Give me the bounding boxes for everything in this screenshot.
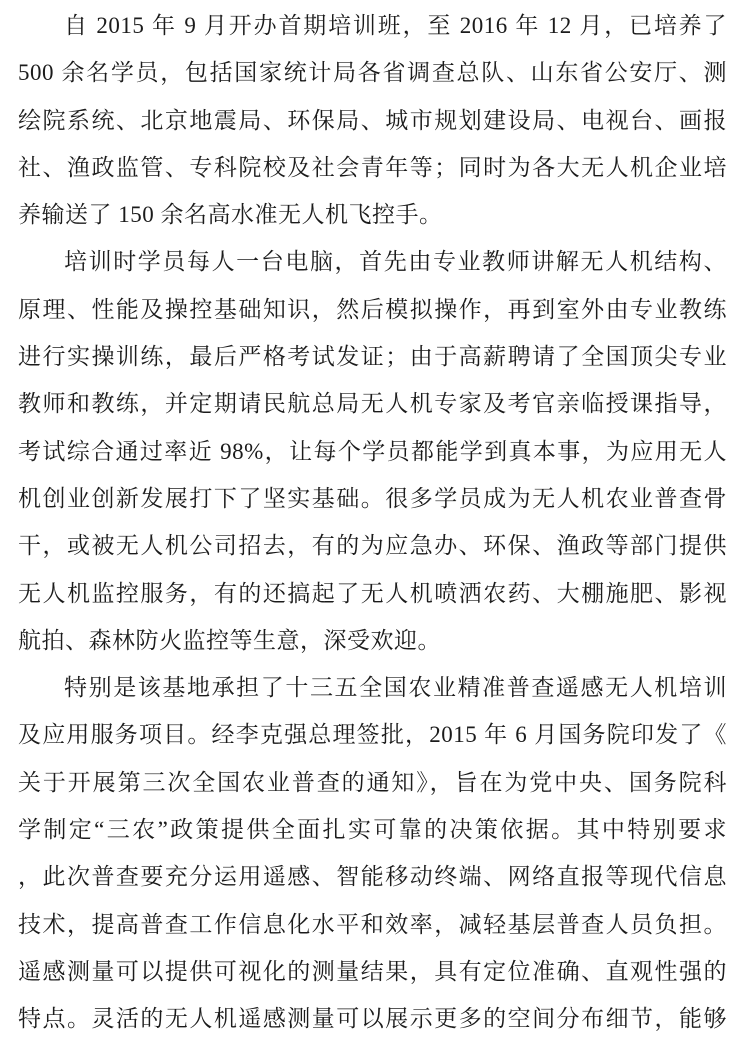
text-line: 遥感测量可以提供可视化的测量结果，具有定位准确、直观性强的 bbox=[18, 948, 727, 995]
text-line: 干，或被无人机公司招去，有的为应急办、环保、渔政等部门提供 bbox=[18, 522, 727, 569]
text-line: 教师和教练，并定期请民航总局无人机专家及考官亲临授课指导， bbox=[18, 380, 727, 427]
text-line: 技术，提高普查工作信息化水平和效率，减轻基层普查人员负担。 bbox=[18, 901, 727, 948]
text-line: 机创业创新发展打下了坚实基础。很多学员成为无人机农业普查骨 bbox=[18, 475, 727, 522]
text-line: 原理、性能及操控基础知识，然后模拟操作，再到室外由专业教练 bbox=[18, 286, 727, 333]
text-line: 特别是该基地承担了十三五全国农业精准普查遥感无人机培训 bbox=[18, 664, 727, 711]
text-line: 社、渔政监管、专科院校及社会青年等；同时为各大无人机企业培 bbox=[18, 144, 727, 191]
text-line: 及应用服务项目。经李克强总理签批，2015 年 6 月国务院印发了《 bbox=[18, 711, 727, 758]
text-line: ，此次普查要充分运用遥感、智能移动终端、网络直报等现代信息 bbox=[18, 853, 727, 900]
text-line: 航拍、森林防火监控等生意，深受欢迎。 bbox=[18, 617, 727, 664]
text-line: 学制定“三农”政策提供全面扎实可靠的决策依据。其中特别要求 bbox=[18, 806, 727, 853]
paragraph-training-process: 培训时学员每人一台电脑，首先由专业教师讲解无人机结构、 原理、性能及操控基础知识… bbox=[18, 238, 727, 664]
text-line: 特点。灵活的无人机遥感测量可以展示更多的空间分布细节，能够 bbox=[18, 995, 727, 1042]
text-line: 养输送了 150 余名高水准无人机飞控手。 bbox=[18, 191, 727, 238]
text-line: 自 2015 年 9 月开办首期培训班，至 2016 年 12 月，已培养了 bbox=[18, 2, 727, 49]
paragraph-training-overview: 自 2015 年 9 月开办首期培训班，至 2016 年 12 月，已培养了 5… bbox=[18, 2, 727, 238]
text-line: 培训时学员每人一台电脑，首先由专业教师讲解无人机结构、 bbox=[18, 238, 727, 285]
paragraph-census-project: 特别是该基地承担了十三五全国农业精准普查遥感无人机培训 及应用服务项目。经李克强… bbox=[18, 664, 727, 1042]
text-line: 关于开展第三次全国农业普查的通知》，旨在为党中央、国务院科 bbox=[18, 759, 727, 806]
text-line: 500 余名学员，包括国家统计局各省调查总队、山东省公安厅、测 bbox=[18, 49, 727, 96]
text-line: 考试综合通过率近 98%，让每个学员都能学到真本事，为应用无人 bbox=[18, 428, 727, 475]
document-page: 自 2015 年 9 月开办首期培训班，至 2016 年 12 月，已培养了 5… bbox=[0, 0, 745, 1043]
text-line: 无人机监控服务，有的还搞起了无人机喷洒农药、大棚施肥、影视 bbox=[18, 570, 727, 617]
text-line: 绘院系统、北京地震局、环保局、城市规划建设局、电视台、画报 bbox=[18, 97, 727, 144]
text-line: 进行实操训练，最后严格考试发证；由于高薪聘请了全国顶尖专业 bbox=[18, 333, 727, 380]
